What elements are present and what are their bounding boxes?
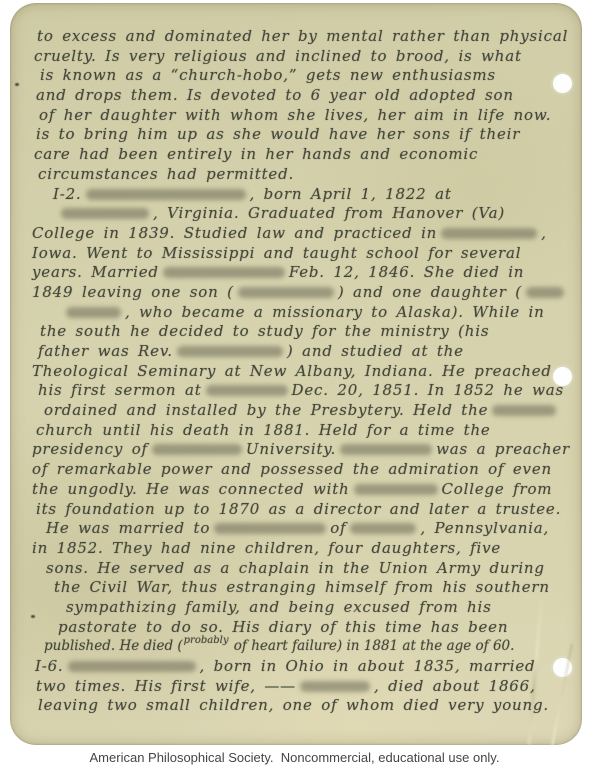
redacted-name xyxy=(492,405,556,416)
handwriting-text: of heart failure) in 1881 at the age of … xyxy=(229,638,514,654)
handwriting-text: College from xyxy=(442,480,553,498)
document-page: to excess and dominated her by mental ra… xyxy=(10,3,582,745)
redacted-name xyxy=(61,208,149,219)
inserted-word-above-line: probably xyxy=(184,635,229,646)
handwriting-text: leaving two small children, one of whom … xyxy=(38,696,549,714)
handwriting-line: in 1852. They had nine children, four da… xyxy=(32,539,578,559)
handwriting-text: , Virginia. Graduated from Hanover (Va) xyxy=(153,204,505,222)
handwriting-text: church until his death in 1881. Held for… xyxy=(36,421,491,439)
handwriting-text: , xyxy=(541,224,547,242)
handwriting-text: Feb. 12, 1846. She died in xyxy=(289,263,524,281)
redacted-name xyxy=(238,287,334,298)
handwriting-line: of remarkable power and possessed the ad… xyxy=(32,460,578,480)
handwriting-text: ordained and installed by the Presbytery… xyxy=(44,401,488,419)
handwriting-line: presidency ofUniversity.was a preacher xyxy=(32,440,578,460)
handwriting-text: and drops them. Is devoted to 6 year old… xyxy=(36,86,514,104)
handwriting-line: College in 1839. Studied law and practic… xyxy=(32,224,578,244)
redacted-name xyxy=(206,385,288,396)
handwriting-text: , who became a missionary to Alaska). Wh… xyxy=(125,303,545,321)
redacted-name xyxy=(152,444,242,455)
handwriting-text: published. He died ( xyxy=(44,638,183,654)
handwriting-line: , who became a missionary to Alaska). Wh… xyxy=(62,303,578,323)
redacted-name xyxy=(354,484,438,495)
redacted-name xyxy=(526,287,564,298)
handwriting-text: University. xyxy=(246,440,336,458)
redacted-name xyxy=(350,523,416,534)
handwriting-line: is known as a “church-hobo,” gets new en… xyxy=(40,66,578,86)
handwriting-text: College in 1839. Studied law and practic… xyxy=(32,224,437,242)
redacted-name xyxy=(214,523,326,534)
handwriting-text: ) and one daughter ( xyxy=(338,283,522,301)
handwriting-text: circumstances had permitted. xyxy=(38,165,294,183)
handwriting-text: of xyxy=(330,519,346,537)
handwriting-text: sympathizing family, and being excused f… xyxy=(66,598,492,616)
handwriting-text: I-6. xyxy=(35,657,64,675)
handwriting-text: of remarkable power and possessed the ad… xyxy=(32,460,552,478)
handwriting-line: the Civil War, thus estranging himself f… xyxy=(54,578,578,598)
handwriting-line: leaving two small children, one of whom … xyxy=(38,696,578,716)
handwriting-line: sympathizing family, and being excused f… xyxy=(66,598,578,618)
handwriting-line: to excess and dominated her by mental ra… xyxy=(37,27,578,47)
handwriting-text: Theological Seminary at New Albany, Indi… xyxy=(32,362,552,380)
redacted-name xyxy=(441,228,537,239)
handwriting-line: I-6., born in Ohio in about 1835, marrie… xyxy=(35,657,578,677)
handwriting-text: was a preacher xyxy=(436,440,570,458)
handwriting-text: his first sermon at xyxy=(38,381,202,399)
handwriting-text: I-2. xyxy=(53,185,82,203)
handwriting-line: two times. His first wife, ——, died abou… xyxy=(36,677,578,697)
handwriting-text: presidency of xyxy=(32,440,148,458)
handwriting-line: is to bring him up as she would have her… xyxy=(36,125,578,145)
handwriting-line: sons. He served as a chaplain in the Uni… xyxy=(46,559,578,579)
handwriting-text: father was Rev. xyxy=(38,342,173,360)
handwriting-text: the ungodly. He was connected with xyxy=(32,480,350,498)
attribution-caption: American Philosophical Society. Noncomme… xyxy=(0,750,589,765)
handwriting-line: and drops them. Is devoted to 6 year old… xyxy=(36,86,578,106)
handwriting-line: circumstances had permitted. xyxy=(38,165,578,185)
handwriting-line: the south he decided to study for the mi… xyxy=(40,322,578,342)
redacted-name xyxy=(300,681,370,692)
handwriting-text: pastorate to do so. His diary of this ti… xyxy=(58,618,508,636)
handwriting-line: his first sermon atDec. 20, 1851. In 185… xyxy=(38,381,578,401)
handwriting-line: church until his death in 1881. Held for… xyxy=(36,421,578,441)
handwriting-line: care had been entirely in her hands and … xyxy=(34,145,578,165)
handwriting-text: cruelty. Is very religious and inclined … xyxy=(34,47,522,65)
redacted-name xyxy=(86,189,246,200)
handwriting-line: the ungodly. He was connected withColleg… xyxy=(32,480,578,500)
redacted-name xyxy=(340,444,432,455)
handwriting-text: its foundation up to 1870 as a director … xyxy=(36,500,561,518)
handwriting-text: the south he decided to study for the mi… xyxy=(40,322,489,340)
scanned-document: to excess and dominated her by mental ra… xyxy=(0,0,589,767)
redacted-name xyxy=(177,346,283,357)
redacted-name xyxy=(68,661,196,672)
handwriting-text: is to bring him up as she would have her… xyxy=(36,125,520,143)
handwriting-text: years. Married xyxy=(32,263,159,281)
handwriting-text: care had been entirely in her hands and … xyxy=(34,145,478,163)
handwriting-line: father was Rev.) and studied at the xyxy=(38,342,578,362)
handwritten-text-block: to excess and dominated her by mental ra… xyxy=(32,27,578,716)
handwriting-text: , died about 1866, xyxy=(374,677,536,695)
handwriting-text: two times. His first wife, —— xyxy=(36,677,296,695)
handwriting-text: Iowa. Went to Mississippi and taught sch… xyxy=(32,244,521,262)
handwriting-text: in 1852. They had nine children, four da… xyxy=(32,539,501,557)
redacted-name xyxy=(66,307,121,318)
redacted-name xyxy=(163,267,285,278)
handwriting-line: Iowa. Went to Mississippi and taught sch… xyxy=(32,244,578,264)
handwriting-line: I-2., born April 1, 1822 at xyxy=(53,185,578,205)
handwriting-line: pastorate to do so. His diary of this ti… xyxy=(58,618,578,638)
handwriting-line: years. MarriedFeb. 12, 1846. She died in xyxy=(32,263,578,283)
handwriting-line: Theological Seminary at New Albany, Indi… xyxy=(32,362,578,382)
handwriting-text: of her daughter with whom she lives, her… xyxy=(39,106,551,124)
handwriting-text: , born in Ohio in about 1835, married xyxy=(200,657,536,675)
handwriting-text: to excess and dominated her by mental ra… xyxy=(37,27,568,45)
handwriting-text: sons. He served as a chaplain in the Uni… xyxy=(46,559,545,577)
handwriting-text: 1849 leaving one son ( xyxy=(32,283,234,301)
handwriting-line: He was married toof, Pennsylvania, xyxy=(46,519,578,539)
handwriting-text: is known as a “church-hobo,” gets new en… xyxy=(40,66,496,84)
handwriting-line: 1849 leaving one son () and one daughter… xyxy=(32,283,578,303)
handwriting-line: cruelty. Is very religious and inclined … xyxy=(34,47,578,67)
handwriting-line: published. He died (probably of heart fa… xyxy=(44,637,578,657)
handwriting-text: He was married to xyxy=(46,519,210,537)
handwriting-text: ) and studied at the xyxy=(287,342,464,360)
handwriting-text: , Pennsylvania, xyxy=(420,519,549,537)
handwriting-line: , Virginia. Graduated from Hanover (Va) xyxy=(57,204,578,224)
handwriting-text: , born April 1, 1822 at xyxy=(250,185,452,203)
handwriting-line: of her daughter with whom she lives, her… xyxy=(39,106,578,126)
handwriting-text: Dec. 20, 1851. In 1852 he was xyxy=(292,381,564,399)
stray-ink-mark xyxy=(15,83,19,86)
handwriting-line: ordained and installed by the Presbytery… xyxy=(44,401,578,421)
handwriting-line: its foundation up to 1870 as a director … xyxy=(36,500,578,520)
handwriting-text: the Civil War, thus estranging himself f… xyxy=(54,578,550,596)
